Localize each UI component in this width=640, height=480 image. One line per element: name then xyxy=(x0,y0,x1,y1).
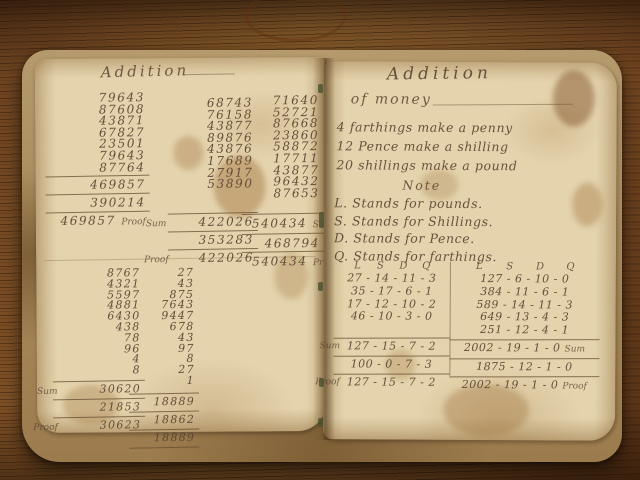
money-table-right: LSDQ 127 - 6 - 10 - 0384 - 11 - 6 - 1589… xyxy=(455,254,594,393)
proof-row: 2002 - 19 - 1 - 0 Proof xyxy=(455,379,593,394)
proof-value: 18889 xyxy=(139,431,195,445)
sum-label: Sum xyxy=(146,217,167,231)
money-rule: 20 shillings make a pound xyxy=(336,155,517,175)
money-column-headers: LSDQ xyxy=(456,254,594,274)
sum-row: Sum 422026 xyxy=(178,215,254,230)
addend-value: 87653 xyxy=(252,188,320,200)
book-spine-fold xyxy=(313,58,335,440)
title-flourish-line xyxy=(183,73,235,75)
proof-value: 540434 xyxy=(252,254,308,268)
money-rule: 4 farthings make a penny xyxy=(337,117,518,137)
right-page-subtitle: of money xyxy=(351,91,432,107)
exercise1-col1: 79643876084387167827235017964387764 4698… xyxy=(55,92,146,230)
abbreviation-note: D. Stands for Pence. xyxy=(334,229,497,247)
binding-stitch xyxy=(318,418,323,427)
money-column-headers: LSDQ xyxy=(340,253,444,273)
sum-value: 2002 - 19 - 1 - 0 xyxy=(464,341,561,355)
column-header: Q xyxy=(555,261,585,272)
addend-value: 1 xyxy=(139,376,195,387)
sum-value: 127 - 15 - 7 - 2 xyxy=(347,340,436,353)
proof-label: Proof xyxy=(33,421,58,435)
money-table-left: LSDQ 27 - 14 - 11 - 335 - 17 - 6 - 117 -… xyxy=(339,253,444,389)
abbreviation-note: S. Stands for Shillings. xyxy=(334,212,497,230)
column-header: L xyxy=(464,261,494,272)
binding-stitch xyxy=(318,84,323,93)
sum-label: Sum xyxy=(565,344,586,354)
proof-label: Proof xyxy=(562,381,587,391)
stain xyxy=(572,183,602,227)
left-page: Addition 7964387608438716782723501796438… xyxy=(35,57,328,433)
money-row: 251 - 12 - 4 - 1 xyxy=(456,324,594,338)
column-header: S xyxy=(369,260,392,271)
addend-value: 8 xyxy=(63,365,141,376)
check-value: 1875 - 12 - 1 - 0 xyxy=(455,361,593,375)
addend-list: 6874376158438778987643876176892791753890 xyxy=(177,97,254,190)
addend-value: 53890 xyxy=(178,179,254,191)
binding-stitch xyxy=(318,282,323,291)
sum-row: 2002 - 19 - 1 - 0 Sum xyxy=(455,342,593,357)
money-rules-list: 4 farthings make a penny12 Pence make a … xyxy=(336,117,517,175)
check-value: 18862 xyxy=(139,413,195,427)
rule-line xyxy=(449,358,599,359)
rule-line xyxy=(129,428,199,430)
exercise1-col3: 7164052721876682386058872177114387796432… xyxy=(251,95,320,270)
check-value: 100 - 0 - 7 - 3 xyxy=(339,358,443,371)
note-heading: Note xyxy=(402,178,441,193)
money-rows: 127 - 6 - 10 - 0384 - 11 - 6 - 1589 - 14… xyxy=(456,273,594,338)
sum-row: 540434 Sum xyxy=(252,216,320,232)
addend-list: 7164052721876682386058872177114387796432… xyxy=(251,95,320,200)
money-rows: 27 - 14 - 11 - 335 - 17 - 6 - 117 - 12 -… xyxy=(340,272,444,324)
check-value: 390214 xyxy=(56,195,146,210)
sum-value: 540434 xyxy=(252,216,308,230)
sum-label: Sum xyxy=(37,385,58,399)
rule-line xyxy=(129,410,199,412)
addend-value: 87764 xyxy=(55,162,145,174)
money-rule: 12 Pence make a shilling xyxy=(336,136,517,156)
subtitle-flourish-line xyxy=(433,104,573,106)
right-page: Addition of money 4 farthings make a pen… xyxy=(323,61,617,441)
column-header: D xyxy=(392,261,415,272)
sum-value: 18889 xyxy=(139,395,195,409)
rule-line xyxy=(129,392,199,394)
proof-value: 469857 xyxy=(60,214,116,228)
abbreviation-note: L. Stands for pounds. xyxy=(334,194,497,212)
cup-ring-stain xyxy=(245,0,346,42)
proof-label: Proof xyxy=(144,253,169,267)
column-header: S xyxy=(495,261,525,272)
open-copybook: Addition 7964387608438716782723501796438… xyxy=(22,50,622,462)
photo-scene: Addition 7964387608438716782723501796438… xyxy=(0,0,640,480)
binding-stitch xyxy=(319,212,324,228)
addend-list: 79643876084387167827235017964387764 xyxy=(55,92,146,174)
sum-value: 469857 xyxy=(56,177,146,192)
addend-list: 87674321559748816430438789648 xyxy=(62,268,141,377)
addend-value: 96 xyxy=(63,344,141,355)
addend-value: 4 xyxy=(63,355,141,366)
binding-stitch xyxy=(319,378,324,387)
sum-value: 422026 xyxy=(198,215,254,229)
column-header: D xyxy=(525,261,555,272)
proof-row: 469857 Proof xyxy=(56,213,146,230)
column-header: Q xyxy=(415,261,438,272)
exercise1-col2: 6874376158438778987643876176892791753890… xyxy=(177,97,254,265)
exercise2-col1: 87674321559748816430438789648 Sum 30620 … xyxy=(62,268,141,433)
check-value: 21853 xyxy=(63,401,141,416)
column-header: L xyxy=(346,260,369,271)
proof-value: 127 - 15 - 7 - 2 xyxy=(347,375,436,388)
proof-row: 540434 Proof xyxy=(252,254,320,270)
spacer xyxy=(340,324,444,337)
sum-row: Sum 127 - 15 - 7 - 2 xyxy=(339,341,443,354)
exercise2-col2: 27438757643944767843978271 18889 18862 1… xyxy=(138,268,195,450)
sum-row: Sum 30620 xyxy=(63,383,141,398)
proof-label: Proof xyxy=(121,217,146,227)
right-page-title: Addition xyxy=(387,63,492,84)
check-value: 468794 xyxy=(252,236,320,250)
proof-row: Proof 127 - 15 - 7 - 2 xyxy=(339,376,443,389)
proof-value: 2002 - 19 - 1 - 0 xyxy=(462,378,559,392)
money-row: 46 - 10 - 3 - 0 xyxy=(340,311,444,324)
left-page-title: Addition xyxy=(101,61,190,81)
stain xyxy=(553,70,595,126)
addend-list: 27438757643944767843978271 xyxy=(138,268,195,387)
proof-row: Proof 30623 xyxy=(63,419,141,434)
rule-line xyxy=(129,446,199,448)
